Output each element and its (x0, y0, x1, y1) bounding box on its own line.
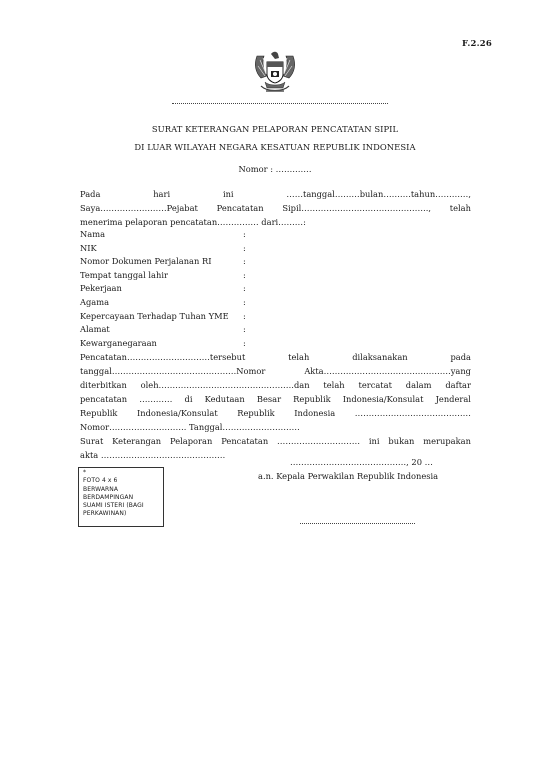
body-line-3: diterbitkan oleh………………………………………….dan tel… (80, 378, 471, 392)
photo-text-line: SUAMI ISTERI (BAGI (83, 502, 159, 510)
photo-marker: * (83, 469, 159, 477)
field-nama: Nama : (80, 228, 251, 242)
signature-place-date: ……………………………………, 20 … (290, 457, 433, 467)
field-alamat: Alamat : (80, 323, 251, 337)
field-nik: NIK : (80, 242, 251, 256)
intro-paragraph: Pada hari ini ……tanggal………bulan……….tahun… (80, 187, 471, 229)
garuda-emblem-icon (251, 50, 299, 96)
field-tempat-tanggal-lahir: Tempat tanggal lahir : (80, 269, 251, 283)
field-kewarganegaraan: Kewarganegaraan : (80, 337, 251, 351)
intro-line-3: menerima pelaporan pencatatan…………… dari…… (80, 215, 471, 229)
intro-line-1: Pada hari ini ……tanggal………bulan……….tahun… (80, 187, 471, 201)
field-agama: Agama : (80, 296, 251, 310)
document-title-line1: SURAT KETERANGAN PELAPORAN PENCATATAN SI… (0, 124, 550, 134)
intro-line-2: Saya……………………Pejabat Pencatatan Sipil…………… (80, 201, 471, 215)
body-line-7: Surat Keterangan Pelaporan Pencatatan ……… (80, 434, 471, 448)
body-line-6: Nomor………………………. Tanggal………………………. (80, 420, 471, 434)
document-page: F.2.26 SURAT KETERANGAN PELAPORAN PENCAT… (0, 0, 550, 777)
reporter-fields: Nama : NIK : Nomor Dokumen Perjalanan RI… (80, 228, 251, 350)
field-nomor-dokumen: Nomor Dokumen Perjalanan RI : (80, 255, 251, 269)
form-code: F.2.26 (462, 39, 492, 49)
field-pekerjaan: Pekerjaan : (80, 282, 251, 296)
body-paragraph: Pencatatan…………………………tersebut telah dilak… (80, 350, 471, 462)
document-number: Nomor : …………. (0, 164, 550, 174)
photo-text-line: FOTO 4 x 6 (83, 477, 159, 485)
signature-title: a.n. Kepala Perwakilan Republik Indonesi… (258, 471, 438, 481)
photo-text-line: PERKAWINAN) (83, 510, 159, 518)
header-dotted-line (172, 103, 388, 104)
field-kepercayaan: Kepercayaan Terhadap Tuhan YME : (80, 310, 251, 324)
body-line-5: Republik Indonesia/Konsulat Republik Ind… (80, 406, 471, 420)
photo-text-line: BERDAMPINGAN (83, 494, 159, 502)
document-title-line2: DI LUAR WILAYAH NEGARA KESATUAN REPUBLIK… (0, 142, 550, 152)
body-line-4: pencatatan ………… di Kedutaan Besar Republ… (80, 392, 471, 406)
body-line-1: Pencatatan…………………………tersebut telah dilak… (80, 350, 471, 364)
signature-name-line (300, 523, 415, 524)
body-line-2: tanggal………………………………………Nomor Akta……………………… (80, 364, 471, 378)
photo-text-line: BERWARNA (83, 486, 159, 494)
photo-placeholder-box: * FOTO 4 x 6 BERWARNA BERDAMPINGAN SUAMI… (78, 467, 164, 527)
